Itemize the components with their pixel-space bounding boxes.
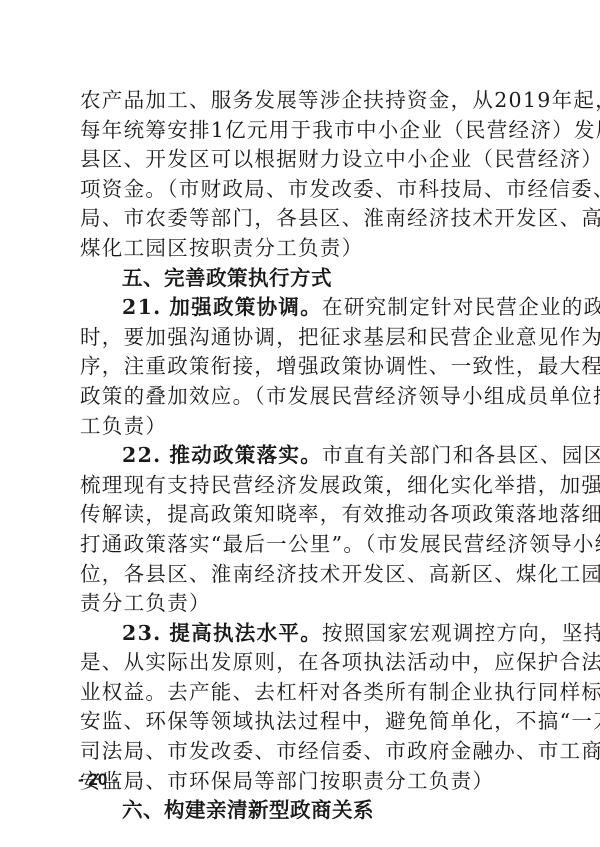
item-22-number: 22. — [122, 443, 162, 467]
item-23-text: 按照国家宏观调控方向，坚持实事求 — [322, 621, 600, 645]
text-line: 工负责） — [80, 412, 523, 442]
document-page: 农产品加工、服务发展等涉企扶持资金，从2019年起，市财政 每年统筹安排1亿元用… — [80, 86, 523, 826]
text-line: 序，注重政策衔接，增强政策协调性、一致性，最大程度释放 — [80, 352, 523, 382]
text-line: 位，各县区、淮南经济技术开发区、高新区、煤化工园区按职 — [80, 560, 523, 590]
section-heading-6: 六、构建亲清新型政商关系 — [80, 796, 523, 826]
item-22-first-line: 22. 推动政策落实。市直有关部门和各县区、园区要全面 — [80, 441, 523, 471]
text-line: 农产品加工、服务发展等涉企扶持资金，从2019年起，市财政 — [80, 86, 523, 116]
text-line: 煤化工园区按职责分工负责） — [80, 234, 523, 264]
item-22-text: 市直有关部门和各县区、园区要全面 — [322, 443, 600, 467]
text-line: 局、市农委等部门，各县区、淮南经济技术开发区、高新区、 — [80, 204, 523, 234]
section-heading-5: 五、完善政策执行方式 — [80, 264, 523, 294]
text-line: 每年统筹安排1亿元用于我市中小企业（民营经济）发展。各 — [80, 116, 523, 146]
text-line: 司法局、市发改委、市经信委、市政府金融办、市工商局、市 — [80, 737, 523, 767]
text-line: 打通政策落实“最后一公里”。（市发展民营经济领导小组成员单 — [80, 530, 523, 560]
item-22-title: 推动政策落实。 — [169, 443, 322, 467]
text-line: 安监、环保等领域执法过程中，避免简单化，不搞“一刀切”。（市 — [80, 707, 523, 737]
text-line: 安监局、市环保局等部门按职责分工负责） — [80, 767, 523, 797]
text-line: 责分工负责） — [80, 589, 523, 619]
item-21-first-line: 21. 加强政策协调。在研究制定针对民营企业的政策措施 — [80, 293, 523, 323]
text-line: 项资金。（市财政局、市发改委、市科技局、市经信委、市商务 — [80, 175, 523, 205]
item-21-title: 加强政策协调。 — [169, 295, 322, 319]
text-line: 梳理现有支持民营经济发展政策，细化实化举措，加强政策宣 — [80, 471, 523, 501]
text-line: 时，要加强沟通协调，把征求基层和民营企业意见作为必要程 — [80, 323, 523, 353]
item-23-first-line: 23. 提高执法水平。按照国家宏观调控方向，坚持实事求 — [80, 619, 523, 649]
item-21-number: 21. — [122, 295, 162, 319]
text-line: 政策的叠加效应。（市发展民营经济领导小组成员单位按职责分 — [80, 382, 523, 412]
page-number: - 20 - — [78, 770, 118, 790]
text-line: 是、从实际出发原则，在各项执法活动中，应保护合法合规企 — [80, 648, 523, 678]
item-23-number: 23. — [122, 621, 162, 645]
text-line: 县区、开发区可以根据财力设立中小企业（民营经济）发展专 — [80, 145, 523, 175]
text-line: 传解读，提高政策知晓率，有效推动各项政策落地落细落实， — [80, 500, 523, 530]
item-23-title: 提高执法水平。 — [169, 621, 322, 645]
item-21-text: 在研究制定针对民营企业的政策措施 — [322, 295, 600, 319]
text-line: 业权益。去产能、去杠杆对各类所有制企业执行同样标准。在 — [80, 678, 523, 708]
